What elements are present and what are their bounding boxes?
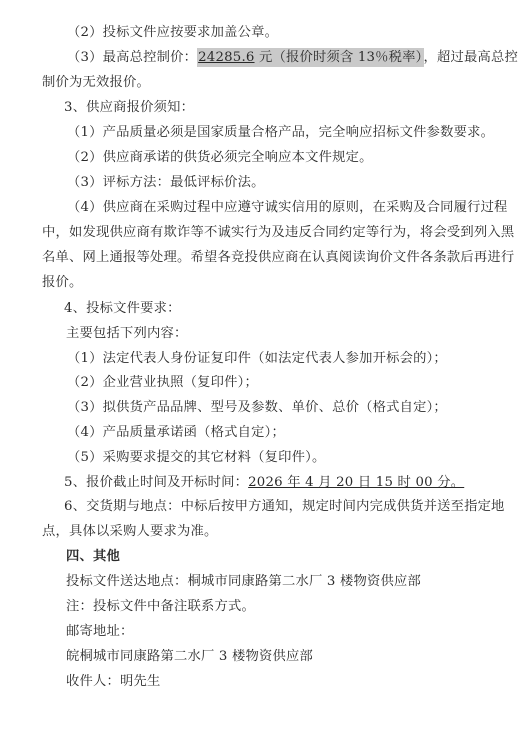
deadline-line: 5、报价截止时间及开标时间：2026 年 4 月 20 日 15 时 00 分。: [64, 473, 464, 493]
max-price-label: （3）最高总控制价：: [67, 50, 197, 65]
mail-address: 皖桐城市同康路第二水厂 3 楼物资供应部: [66, 647, 313, 667]
supplier-notice-item-4-line-3: 名单、网上通报等处理。希望各竞投供应商在认真阅读询价文件各条款后再进行: [42, 248, 514, 268]
max-price-line-2: 制价为无效报价。: [42, 73, 150, 93]
max-price-suffix: ，超过最高总控: [424, 50, 518, 65]
max-price-line: （3）最高总控制价：24285.6 元（报价时须含 13％税率），超过最高总控: [67, 48, 518, 68]
max-price-highlight: 24285.6 元（报价时须含 13％税率）: [197, 48, 423, 67]
deadline-label: 5、报价截止时间及开标时间：: [64, 475, 248, 490]
max-price-value: 24285.6: [198, 50, 254, 65]
delivery-line-1: 6、交货期与地点：中标后按甲方通知，规定时间内完成供货并送至指定地: [64, 497, 505, 517]
requirement-item-2: （2）投标文件应按要求加盖公章。: [67, 23, 278, 43]
supplier-notice-item-3: （3）评标方法：最低评标价法。: [67, 173, 265, 193]
supplier-notice-item-2: （2）供应商承诺的供货必须完全响应本文件规定。: [67, 148, 373, 168]
bid-requirement-item-5: （5）采购要求提交的其它材料（复印件）。: [67, 448, 325, 468]
supplier-notice-heading: 3、供应商报价须知：: [64, 98, 194, 118]
bid-requirement-item-4: （4）产品质量承诺函（格式自定）；: [67, 423, 285, 443]
recipient: 收件人：明先生: [66, 672, 160, 692]
contact-note: 注：投标文件中备注联系方式。: [66, 597, 255, 617]
bid-requirement-item-2: （2）企业营业执照（复印件）；: [67, 373, 258, 393]
delivery-location: 投标文件送达地点：桐城市同康路第二水厂 3 楼物资供应部: [66, 572, 421, 592]
mail-address-label: 邮寄地址：: [66, 622, 133, 642]
delivery-line-2: 点，具体以采购人要求为准。: [42, 522, 217, 542]
bid-requirement-item-1: （1）法定代表人身份证复印件（如法定代表人参加开标会的）；: [67, 349, 447, 369]
supplier-notice-item-4-line-1: （4）供应商在采购过程中应遵守诚实信用的原则，在采购及合同履行过程: [67, 198, 508, 218]
supplier-notice-item-4-line-4: 报价。: [42, 273, 83, 293]
supplier-notice-item-1: （1）产品质量必须是国家质量合格产品，完全响应招标文件参数要求。: [67, 123, 494, 143]
supplier-notice-item-4-line-2: 中，如发现供应商有欺诈等不诚实行为及违反合同约定等行为，将会受到列入黑: [42, 223, 514, 243]
deadline-value: 2026 年 4 月 20 日 15 时 00 分。: [248, 475, 464, 490]
bid-requirements-heading: 4、投标文件要求：: [64, 299, 181, 319]
max-price-tax-note: 元（报价时须含 13％税率）: [255, 50, 423, 65]
other-section-heading: 四、其他: [66, 547, 120, 567]
bid-requirement-item-3: （3）拟供货产品品牌、型号及参数、单价、总价（格式自定）；: [67, 398, 447, 418]
bid-requirements-intro: 主要包括下列内容：: [66, 324, 187, 344]
